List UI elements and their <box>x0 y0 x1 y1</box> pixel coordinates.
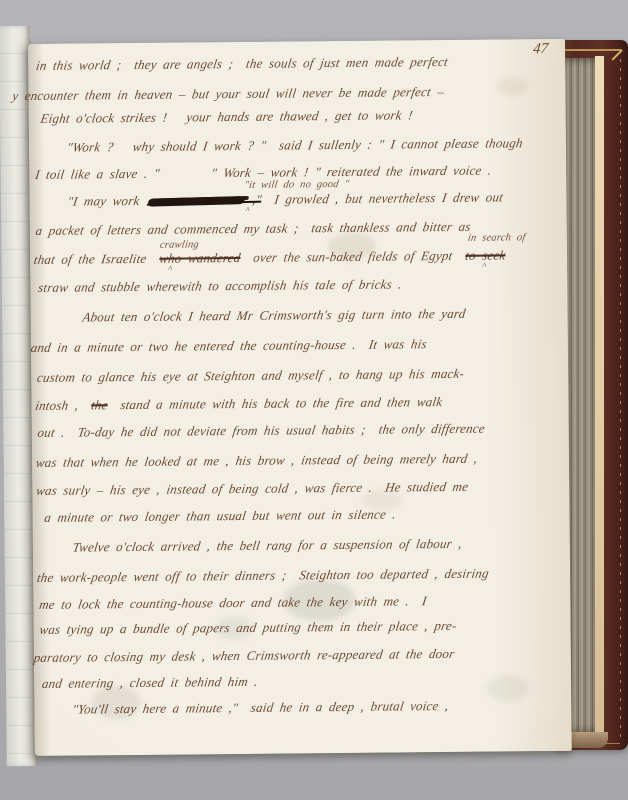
manuscript-line: About ten o'clock I heard Mr Crimsworth'… <box>82 306 467 325</box>
manuscript-line: and in a minute or two he entered the co… <box>30 336 428 355</box>
smudge-stain <box>486 675 528 701</box>
line-text: intosh , <box>34 397 92 413</box>
manuscript-line: a minute or two longer than usual but we… <box>43 506 397 524</box>
manuscript-line: paratory to closing my desk , when Crims… <box>33 646 456 665</box>
manuscript-line: Eight o'clock strikes ! your hands are t… <box>40 107 414 126</box>
manuscript-line-with-strikethrough: that of the Israelite who wandered over … <box>33 247 507 267</box>
manuscript-line: Twelve o'clock arrived , the bell rang f… <box>72 536 463 555</box>
manuscript-line: straw and stubble wherewith to accomplis… <box>37 276 403 295</box>
photograph-of-open-manuscript-book: 47 in this world ; they are angels ; the… <box>0 0 628 800</box>
line-text: over the sun-baked fields of Egypt <box>239 248 453 265</box>
caret-mark: ^ <box>167 264 173 274</box>
gilt-fillet-top <box>562 49 621 51</box>
manuscript-line: y encounter them in heaven – but your so… <box>11 84 445 103</box>
gilt-fillet-side <box>620 50 622 740</box>
page-number: 47 <box>532 41 549 59</box>
caret-mark: ^ <box>245 205 251 215</box>
line-text: that of the Israelite <box>33 251 161 267</box>
page-block-inner-edge <box>595 56 604 738</box>
manuscript-line: was surly – his eye , instead of being c… <box>35 479 469 498</box>
manuscript-line: custom to glance his eye at Steighton an… <box>36 366 465 385</box>
manuscript-line: the work-people went off to their dinner… <box>36 566 490 585</box>
manuscript-page: 47 in this world ; they are angels ; the… <box>28 39 572 756</box>
manuscript-line: out . To-day he did not deviate from his… <box>37 421 486 440</box>
manuscript-line-with-deletion: "I may work ," I growled , but neverthel… <box>66 189 504 208</box>
line-text: stand a minute with his back to the fire… <box>107 394 444 412</box>
manuscript-line: in this world ; they are angels ; the so… <box>35 54 449 73</box>
manuscript-line-with-strikethrough: intosh , the stand a minute with his bac… <box>34 394 443 413</box>
interline-insertion: in search of <box>467 230 527 246</box>
manuscript-line: was tying up a bundle of papers and putt… <box>39 618 458 637</box>
foxing-spot <box>496 77 528 95</box>
manuscript-line: and entering , closed it behind him . <box>41 674 259 691</box>
line-text-before-deletion: "I may work <box>66 193 147 209</box>
manuscript-line: a packet of letters and commenced my tas… <box>35 219 472 238</box>
manuscript-line: was that when he looked at me , his brow… <box>35 451 479 470</box>
line-text-after-deletion: ," I growled , but nevertheless I drew o… <box>245 189 504 206</box>
inked-out-scribble <box>147 196 244 207</box>
manuscript-line: "Work ? why should I work ? " said I sul… <box>66 135 524 154</box>
manuscript-line: me to lock the counting-house door and t… <box>38 593 428 612</box>
caret-mark: ^ <box>481 261 487 271</box>
manuscript-line: "You'll stay here a minute ," said he in… <box>71 698 449 717</box>
